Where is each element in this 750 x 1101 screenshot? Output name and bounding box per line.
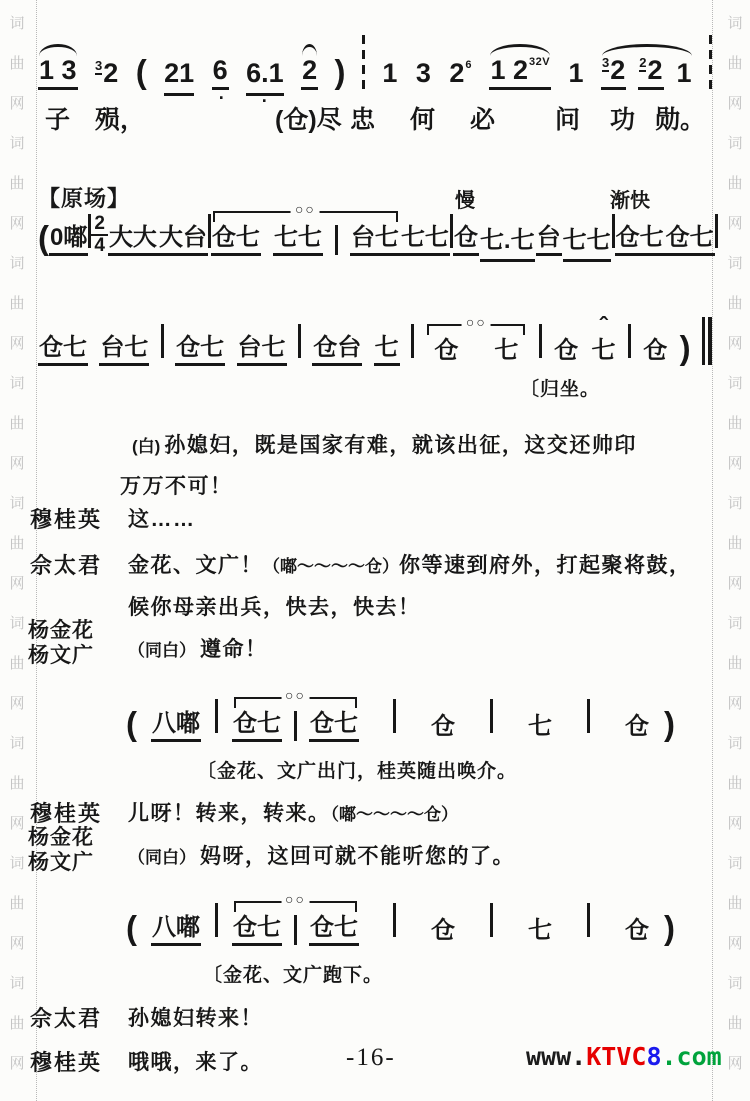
note-token: 2 (301, 55, 318, 90)
right-watermark: 词 曲 网 词 曲 网 词 曲 网 词 曲 网 词 曲 网 词 曲 网 词 曲 … (723, 4, 747, 1084)
note-token: ) (680, 331, 691, 366)
note-token: 七 (527, 713, 553, 742)
note-token: 台 (536, 224, 562, 256)
stage-direction-exit: 〔金花、文广出门，桂英随出唤介。 (197, 756, 517, 783)
note-token: ) (664, 911, 675, 946)
note-token: 1 (381, 58, 398, 90)
speaker-name: 杨文广 (28, 644, 94, 668)
drum-roll-mark: （嘟～～～～仓） (263, 557, 399, 576)
dialogue-line: 哦哦，来了。 (128, 1046, 263, 1076)
note-token: 七 (374, 334, 400, 366)
note-token: 21 (163, 58, 195, 90)
time-signature: 24 (91, 214, 108, 256)
note-token: 0嘟 (49, 224, 88, 256)
note-token: 1 (568, 58, 585, 90)
url-www: www. (526, 1042, 586, 1071)
circles-mark: ○○ (281, 891, 310, 907)
grace-note: 3 (95, 58, 102, 75)
score-page: { "watermark": {"chars": "词曲网"}, "score"… (0, 0, 750, 1101)
superscript-note: 32V (529, 56, 550, 68)
percussion-line-1: (0嘟24大大大台○○仓七七七台七七七仓七.七台七七仓七仓七 (38, 206, 712, 264)
url-ktvc: KTVC (586, 1042, 646, 1071)
note-token: 七 (493, 337, 519, 366)
superscript-note: 6 (465, 59, 472, 71)
speaker-name: 杨金花 (28, 826, 94, 850)
left-watermark: 词 曲 网 词 曲 网 词 曲 网 词 曲 网 词 曲 网 词 曲 网 词 曲 … (5, 4, 29, 1084)
speaker-name: 穆桂英 (30, 503, 102, 534)
note-token: 6.1· (245, 58, 285, 90)
note-token: 6· (212, 55, 229, 90)
barline (702, 317, 712, 365)
barline (587, 699, 590, 733)
speaker-name: 杨金花 (28, 619, 94, 643)
speaker-name: 穆桂英 (30, 1046, 102, 1077)
dialogue-line: 儿呀！转来，转来。（嘟～～～～仓） (128, 797, 458, 827)
notation-group: 台七七 (536, 224, 612, 256)
barline (490, 699, 493, 733)
barline (393, 699, 396, 733)
note-token: 1 (676, 58, 693, 90)
note-token: ( (38, 221, 49, 256)
note-token: ( (136, 55, 147, 90)
note-token: 3 (415, 58, 432, 90)
dialogue-line: 这…… (128, 503, 196, 533)
barline (628, 324, 631, 358)
note-token: 台七 (99, 334, 149, 366)
grace-note: 2 (639, 55, 646, 72)
note-token: 22 (638, 55, 663, 90)
site-watermark: www.KTVC8.com (526, 1042, 722, 1071)
lyric-syllable: 问 (555, 100, 580, 136)
dialogue-line: 金花、文广！（嘟～～～～仓）你等速到府外，打起聚将鼓， (128, 549, 692, 579)
note-token: 七 (591, 337, 617, 366)
scene-row: 【原场】 慢 渐快 (38, 182, 712, 208)
stage-direction-run-off: 〔金花、文广跑下。 (203, 960, 383, 987)
speech-tag: （同白） (128, 848, 196, 867)
barline (294, 915, 297, 945)
note-token: 大大 (108, 224, 158, 256)
note-token: 仓 (430, 713, 456, 742)
dialogue-continuation: (白)孙媳妇，既是国家有难，就该出征，这交还帅印 万万不可！ (120, 426, 637, 507)
url-com: .com (662, 1042, 722, 1071)
note-token: 26 (448, 58, 473, 90)
note-token: 台七 (350, 224, 400, 256)
speech-tag: （同白） (128, 641, 196, 660)
barline (715, 214, 718, 248)
barline (539, 324, 542, 358)
speaker-name: 穆桂英 (30, 797, 102, 828)
page-number: -16- (346, 1044, 396, 1072)
note-token: 仓七 (211, 224, 261, 256)
note-token: 仓 (553, 337, 579, 366)
note-token: 八嘟 (151, 710, 201, 742)
note-token: 仓七 (309, 710, 359, 742)
lyric-syllable: 忠 (350, 100, 375, 136)
barline (335, 225, 338, 255)
note-token: 仓 (624, 917, 650, 946)
melody-notation-line: 1 332(216·6.1·2)13261 232V132221 (38, 34, 712, 96)
notation-group: ○○仓七仓七 (232, 914, 359, 946)
note-token: 仓台 (312, 334, 362, 366)
barline (215, 903, 218, 937)
lyric-syllable: 殒， (95, 100, 145, 136)
note-token: 仓七 (175, 334, 225, 366)
note-token: ( (126, 707, 137, 742)
barline (709, 35, 712, 89)
notation-group: ○○仓七七七台七 (211, 224, 400, 256)
note-token: 32 (94, 58, 119, 90)
notation-group: ○○仓七 (425, 337, 527, 366)
lyric-syllable: 勋。 (655, 100, 705, 136)
note-token: 七七 (562, 227, 612, 256)
percussion-line-4: (八嘟○○仓七仓七仓七仓) (126, 894, 675, 954)
notation-group: 32221 (601, 55, 693, 90)
note-token: 仓 (624, 713, 650, 742)
note-token: 32 (601, 55, 626, 90)
dialogue-line: (白)孙媳妇，既是国家有难，就该出征，这交还帅印 (120, 426, 637, 467)
notation-group: 仓七.七 (453, 224, 536, 256)
note-token: 台七 (237, 334, 287, 366)
note-token: 仓七 (232, 710, 282, 742)
dialogue-text: 儿呀！转来，转来。 (128, 802, 331, 825)
lyric-syllable: 功 (610, 100, 635, 136)
note-token: 八嘟 (151, 914, 201, 946)
speaker-name: 佘太君 (30, 1002, 102, 1033)
note-token: 七七 (273, 224, 323, 256)
barline (411, 324, 414, 358)
drum-roll-mark: （嘟～～～～仓） (331, 805, 459, 824)
grace-note: 3 (602, 55, 609, 72)
url-8: 8 (646, 1042, 661, 1071)
speech-tag: (白) (132, 437, 160, 456)
note-token: ( (126, 911, 137, 946)
note-token: 七七 (400, 224, 450, 256)
dialogue-line: 万万不可！ (120, 467, 637, 507)
dialogue-line: 候你母亲出兵，快去，快去！ (128, 591, 421, 621)
note-token: 仓 (433, 337, 459, 366)
note-token: 仓 (642, 337, 668, 366)
dialogue-text: 金花、文广！ (128, 554, 263, 577)
dialogue-text: 遵命！ (200, 638, 268, 661)
percussion-line-2: 仓七台七仓七台七仓台七○○仓七仓七仓) (38, 316, 712, 374)
notation-group: ○○仓七仓七 (232, 710, 359, 742)
dialogue-line: （同白）妈呀，这回可就不能听您的了。 (128, 840, 515, 870)
barline (362, 35, 365, 89)
lyric-syllable: 必 (470, 100, 495, 136)
percussion-line-3: (八嘟○○仓七仓七仓七仓) (126, 690, 675, 750)
lyrics-line: 子殒，(仓)尽忠何必问功勋。 (38, 100, 712, 132)
stage-direction-guizuo: 〔归坐。 (520, 374, 600, 401)
note-token: 1 232V (489, 55, 551, 90)
barline (161, 324, 164, 358)
right-dotted-edge (712, 0, 713, 1101)
note-token: ) (664, 707, 675, 742)
note-token: 1 3 (38, 55, 78, 90)
dialogue-line: （同白）遵命！ (128, 633, 268, 663)
note-token: 仓七 (309, 914, 359, 946)
lyric-syllable: (仓)尽 (275, 100, 342, 136)
note-token: 仓七 (615, 224, 665, 256)
barline (294, 711, 297, 741)
barline (490, 903, 493, 937)
barline (587, 903, 590, 937)
note-token: 仓 (453, 224, 479, 256)
dialogue-text: 孙媳妇，既是国家有难，就该出征，这交还帅印 (164, 434, 637, 457)
barline (393, 903, 396, 937)
circles-mark: ○○ (291, 201, 320, 217)
circles-mark: ○○ (281, 687, 310, 703)
note-token: 七 (527, 917, 553, 946)
barline (298, 324, 301, 358)
speaker-name: 杨文广 (28, 851, 94, 875)
barline (215, 699, 218, 733)
note-token: 七.七 (479, 227, 536, 256)
note-token: 仓 (430, 917, 456, 946)
lyric-syllable: 子 (45, 100, 70, 136)
note-token: 仓七 (665, 224, 715, 256)
note-token: 大台 (158, 224, 208, 256)
note-token: 仓七 (38, 334, 88, 366)
circles-mark: ○○ (462, 314, 491, 330)
speaker-name: 佘太君 (30, 549, 102, 580)
note-token: 仓七 (232, 914, 282, 946)
dialogue-line: 孙媳妇转来！ (128, 1002, 263, 1032)
note-token: ) (335, 55, 346, 90)
dialogue-text: 你等速到府外，打起聚将鼓， (399, 554, 692, 577)
dialogue-text: 妈呀，这回可就不能听您的了。 (200, 845, 515, 868)
lyric-syllable: 何 (410, 100, 435, 136)
